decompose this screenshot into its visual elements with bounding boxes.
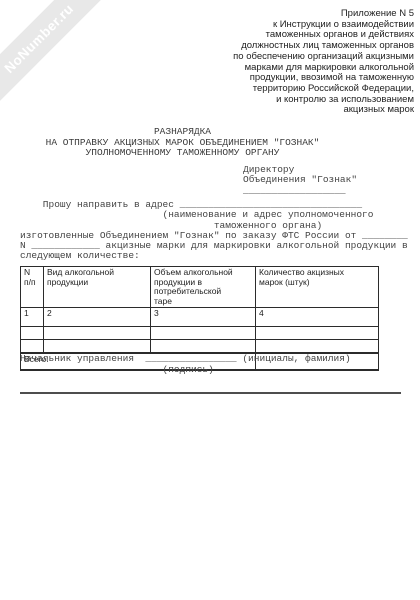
empty-cell — [21, 340, 44, 354]
watermark-ribbon: NoNumber.ru — [0, 0, 111, 111]
col-header-num: N п/п — [21, 267, 44, 308]
empty-cell — [256, 340, 379, 354]
doc-title-line: РАЗНАРЯДКА — [20, 127, 345, 138]
addressee-block: Директору Объединения "Гознак" _________… — [243, 165, 357, 196]
watermark-text: NoNumber.ru — [2, 1, 77, 76]
annex-note-line: по обеспечению организаций акцизными — [233, 52, 414, 63]
empty-cell — [21, 327, 44, 340]
empty-cell — [44, 340, 151, 354]
column-number-cell: 2 — [44, 308, 151, 327]
body-text: Прошу направить в адрес ________________… — [20, 200, 408, 262]
col-header-product-type: Вид алкогольной продукции — [44, 267, 151, 308]
empty-cell — [44, 327, 151, 340]
signature-block: Начальник управления ________________ (и… — [20, 353, 351, 375]
table-header-row: N п/п Вид алкогольной продукции Объем ал… — [21, 267, 379, 308]
column-number-cell: 4 — [256, 308, 379, 327]
annex-note: Приложение N 5 к Инструкции о взаимодейс… — [233, 9, 414, 116]
signature-line: Начальник управления ________________ (и… — [20, 353, 351, 364]
doc-title: РАЗНАРЯДКА НА ОТПРАВКУ АКЦИЗНЫХ МАРОК ОБ… — [20, 127, 345, 159]
column-number-cell: 3 — [151, 308, 256, 327]
table-empty-row — [21, 340, 379, 354]
empty-cell — [151, 340, 256, 354]
column-number-row: 1 2 3 4 — [21, 308, 379, 327]
addressee-blank-line: __________________ — [243, 186, 357, 196]
document-page: NoNumber.ru Приложение N 5 к Инструкции … — [0, 0, 420, 600]
column-number-cell: 1 — [21, 308, 44, 327]
table-empty-row — [21, 327, 379, 340]
quantity-intro-line: следующем количестве: — [20, 251, 408, 261]
col-header-volume: Объем алкогольной продукции в потребител… — [151, 267, 256, 308]
annex-note-line: акцизных марок — [233, 105, 414, 116]
empty-cell — [151, 327, 256, 340]
signature-caption: (подпись) — [20, 364, 351, 375]
page-divider — [20, 392, 401, 394]
empty-cell — [256, 327, 379, 340]
doc-title-line: УПОЛНОМОЧЕННОМУ ТАМОЖЕННОМУ ОРГАНУ — [20, 148, 345, 159]
col-header-stamp-count: Количество акцизных марок (штук) — [256, 267, 379, 308]
